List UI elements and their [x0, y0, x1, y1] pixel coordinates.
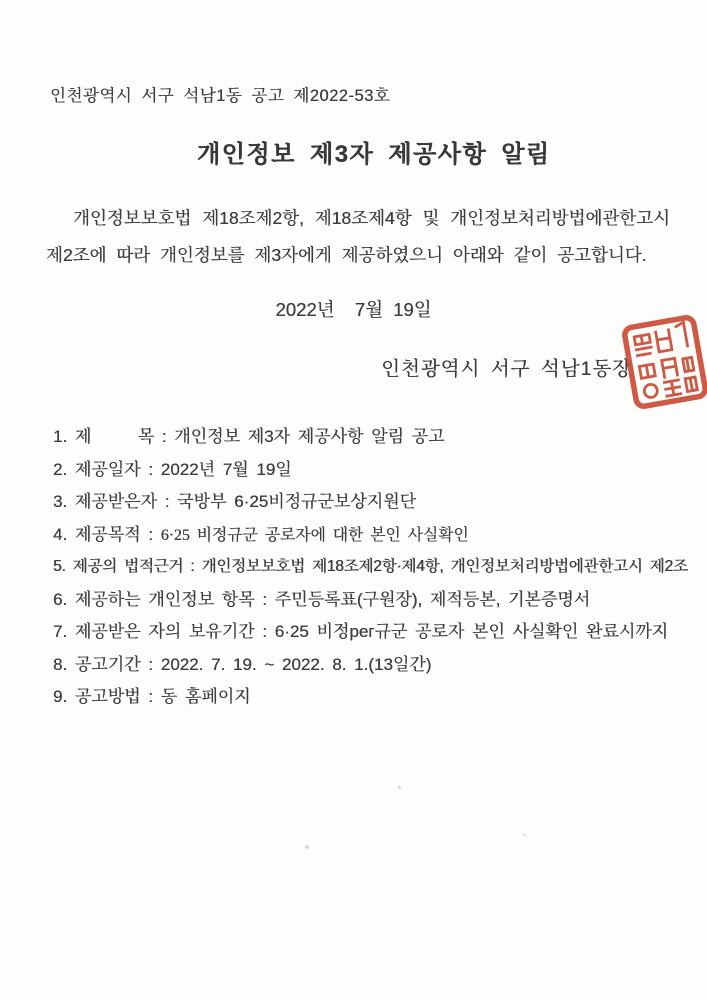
- list-item: 2. 제공일자 : 2022년 7월 19일: [53, 454, 688, 487]
- notice-date: 2022년 7월 19일: [0, 296, 707, 322]
- list-item: 8. 공고기간 : 2022. 7. 19. ~ 2022. 8. 1.(13일…: [53, 649, 688, 682]
- page-title: 개인정보 제3자 제공사항 알림: [197, 134, 551, 169]
- scan-speck: [398, 786, 401, 789]
- official-seal-stamp: [619, 312, 707, 412]
- list-item: 6. 제공하는 개인정보 항목 : 주민등록표(구원장), 제적등본, 기본증명…: [53, 584, 688, 617]
- scanned-notice-page: 인천광역시 서구 석남1동 공고 제2022-53호 개인정보 제3자 제공사항…: [0, 0, 707, 1000]
- intro-line-1: 개인정보보호법 제18조제2항, 제18조제4항 및 개인정보처리방법에관한고시: [73, 205, 670, 230]
- signer-name: 인천광역시 서구 석남1동장: [381, 353, 632, 381]
- list-item: 7. 제공받은 자의 보유기간 : 6·25 비정рег규군 공로자 본인 사실…: [53, 616, 688, 649]
- list-item: 3. 제공받은자 : 국방부 6·25비정규군보상지원단: [53, 486, 688, 519]
- list-item-label: 4. 제공목적 :: [53, 525, 161, 544]
- seal-icon: [619, 312, 707, 412]
- list-item: 5. 제공의 법적근거 : 개인정보보호법 제18조제2항·제4항, 개인정보처…: [53, 551, 688, 584]
- doc-number: 인천광역시 서구 석남1동 공고 제2022-53호: [50, 82, 390, 106]
- intro-line-2: 제2조에 따라 개인정보를 제3자에게 제공하였으니 아래와 같이 공고합니다.: [46, 242, 647, 267]
- notice-item-list: 1. 제 목 : 개인정보 제3자 제공사항 알림 공고 2. 제공일자 : 2…: [53, 421, 688, 714]
- list-item: 9. 공고방법 : 동 홈페이지: [53, 681, 688, 714]
- list-item: 4. 제공목적 : 6·25 비정규군 공로자에 대한 본인 사실확인: [53, 519, 688, 552]
- list-item: 1. 제 목 : 개인정보 제3자 제공사항 알림 공고: [53, 421, 688, 454]
- scan-speck: [523, 834, 526, 836]
- list-item-value: 6·25 비정규군 공로자에 대한 본인 사실확인: [161, 527, 469, 544]
- scan-speck: [305, 845, 309, 849]
